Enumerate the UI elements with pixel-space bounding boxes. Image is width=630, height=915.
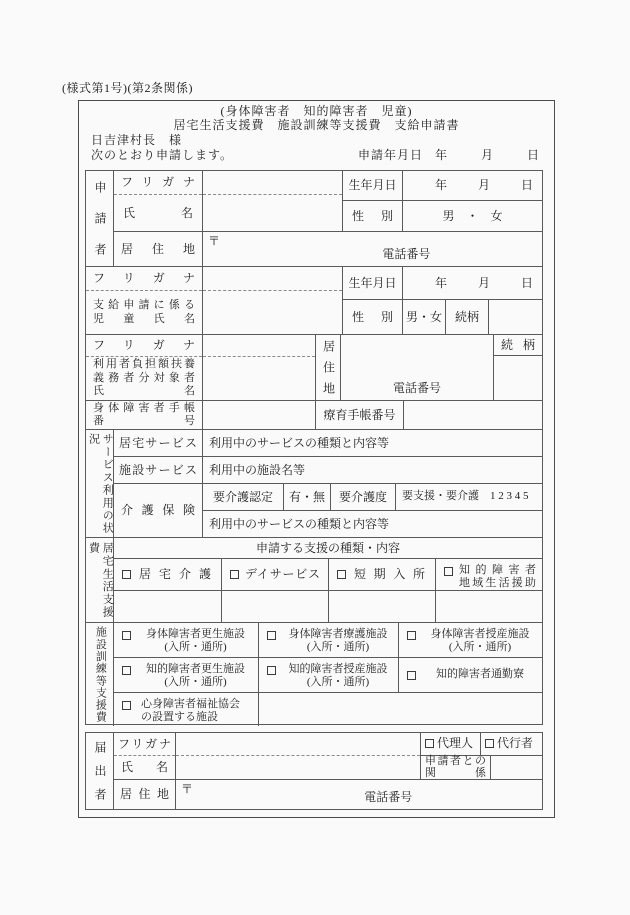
care-certification-options: 有・無: [284, 490, 330, 505]
notifier-block: 届出者 フリガナ 氏名: [86, 733, 542, 809]
intellectual-rehab-facility-label: 知的障害者更生施設 (入所・通所): [137, 663, 254, 689]
intro-text: 次のとおり申請します。: [91, 148, 233, 163]
checkbox-icon[interactable]: [485, 739, 494, 748]
notifier-table: 届出者 フリガナ 氏名: [85, 732, 543, 810]
intellectual-rehab-facility-option: 知的障害者更生施設 (入所・通所): [114, 658, 258, 692]
child-relation-field: [489, 300, 542, 334]
year-label: 年: [435, 148, 447, 163]
care-level-options: 要支援・要介護 1 2 3 4 5: [402, 490, 542, 504]
applicant-birthdate-label: 生年月日: [343, 178, 402, 193]
month-label: 月: [481, 148, 493, 163]
notifier-relation-field: [491, 756, 542, 779]
physical-workshop-facility-label: 身体障害者授産施設 (入所・通所): [422, 628, 538, 654]
short-stay-label: 短期入所: [352, 567, 431, 582]
physical-handbook-field: [203, 401, 316, 429]
care-certification-label: 要介護認定: [203, 490, 283, 505]
checkbox-icon[interactable]: [425, 739, 434, 748]
obligor-furigana-field: [203, 335, 315, 357]
obligor-block: フリガナ 利用者負担額扶養 義務者分対象者 氏名 居住地 電話番: [86, 334, 542, 400]
applicant-sex-field: 男 ・ 女: [403, 201, 542, 231]
notifier-furigana-label: フリガナ: [114, 737, 175, 752]
checkbox-icon[interactable]: [122, 631, 131, 640]
applicant-phone-label: 電話番号: [382, 247, 430, 262]
checkbox-icon[interactable]: [267, 666, 276, 675]
child-block: フリガナ 支給申請に係る 児童氏名 生年月日: [86, 266, 542, 334]
notifier-name-label: 氏名: [114, 760, 175, 775]
commuter-dormitory-option: 知的障害者通勤寮: [398, 658, 542, 692]
applicant-section-label: 申請者: [92, 171, 107, 266]
community-life-detail-field: [435, 591, 542, 622]
applicant-furigana-label-cell: フリガナ: [114, 171, 202, 195]
notifier-name-field: [176, 756, 420, 779]
care-service-hint: 利用中のサービスの種類と内容等: [209, 517, 542, 532]
home-care-detail-field: [114, 591, 221, 622]
obligor-phone-label: 電話番号: [393, 381, 441, 396]
document-page: (様式第1号)(第2条関係) (身体障害者 知的障害者 児童) 居宅生活支援費 …: [0, 0, 630, 915]
physical-nursing-facility-label: 身体障害者療護施設 (入所・通所): [282, 628, 394, 654]
commuter-dormitory-label: 知的障害者通勤寮: [422, 668, 538, 682]
home-service-label: 居宅サービス: [114, 436, 202, 451]
physical-handbook-label: 身体障害者手帳 番号: [86, 402, 202, 428]
applicant-furigana-field: [203, 171, 342, 195]
day-service-detail-field: [221, 591, 328, 622]
handbook-block: 身体障害者手帳 番号 療育手帳番号: [86, 400, 542, 429]
child-furigana-field: [203, 267, 342, 291]
home-support-block: 居宅生活支援費 申請する支援の種類・内容 居宅介護 デイサービス: [86, 537, 542, 622]
checkbox-icon[interactable]: [122, 570, 131, 579]
form-outer-border: (身体障害者 知的障害者 児童) 居宅生活支援費 施設訓練等支援費 支給申請書 …: [78, 100, 555, 818]
child-furigana-label: フリガナ: [86, 271, 202, 286]
child-birthdate-field: 年 月 日: [403, 267, 542, 299]
notifier-furigana-field: [176, 733, 420, 756]
physical-nursing-facility-option: 身体障害者療護施設 (入所・通所): [258, 623, 398, 657]
form-title: 居宅生活支援費 施設訓練等支援費 支給申請書: [79, 118, 554, 133]
notifier-address-label: 居住地: [114, 787, 175, 802]
community-life-option: 知的障害者 地域生活援助: [435, 559, 542, 590]
checkbox-icon[interactable]: [267, 631, 276, 640]
proxy-option: 代行者: [481, 733, 542, 755]
agent-option: 代理人: [421, 733, 481, 755]
day-label: 日: [527, 148, 539, 163]
postal-mark: 〒: [181, 782, 193, 797]
welfare-association-facility-label: 心身障害者福祉協会 の設置する施設: [137, 698, 254, 724]
form-number-note: (様式第1号)(第2条関係): [62, 81, 193, 96]
physical-workshop-facility-option: 身体障害者授産施設 (入所・通所): [398, 623, 542, 657]
home-care-option: 居宅介護: [114, 559, 221, 590]
notifier-phone-label: 電話番号: [364, 790, 412, 805]
notifier-relation-label: 申請者との 関係: [421, 755, 490, 779]
child-name-field: [203, 291, 342, 334]
checkbox-icon[interactable]: [337, 570, 346, 579]
home-service-field: 利用中のサービスの種類と内容等: [203, 430, 542, 457]
checkbox-icon[interactable]: [407, 631, 416, 640]
care-insurance-label: 介護保険: [114, 503, 202, 518]
service-usage-block: サービス利用の状況 居宅サービス 施設サービス 介護保険 利用中のサービスの種: [86, 429, 542, 537]
home-service-hint: 利用中のサービスの種類と内容等: [209, 436, 542, 451]
applicant-name-field: [203, 195, 342, 231]
postal-mark: 〒: [208, 234, 220, 249]
applicant-furigana-label: フリガナ: [114, 175, 202, 190]
applicant-name-label: 氏名: [114, 206, 202, 221]
facility-service-label: 施設サービス: [114, 463, 202, 478]
day-service-label: デイサービス: [245, 567, 324, 582]
obligor-furigana-label: フリガナ: [86, 338, 202, 353]
day-label: 日: [521, 178, 533, 193]
day-service-option: デイサービス: [221, 559, 328, 590]
checkbox-icon[interactable]: [444, 567, 453, 576]
facility-support-section-label: 施設訓練等支援費: [93, 623, 107, 726]
obligor-relation-label: 続柄: [494, 338, 542, 353]
proxy-label: 代行者: [497, 736, 533, 751]
checkbox-icon[interactable]: [122, 701, 131, 710]
child-sex-label: 性別: [343, 310, 402, 325]
rehab-handbook-field: [404, 401, 542, 429]
home-care-label: 居宅介護: [137, 567, 217, 582]
applicant-address-label: 居住地: [114, 242, 202, 257]
agent-label: 代理人: [437, 736, 473, 751]
care-level-label: 要介護度: [331, 490, 395, 505]
applicant-block: 申請者 フリガナ 氏名: [86, 171, 542, 266]
facility-service-hint: 利用中の施設名等: [209, 463, 542, 478]
community-life-label: 知的障害者 地域生活援助: [459, 564, 538, 590]
checkbox-icon[interactable]: [230, 570, 239, 579]
applicant-birthdate-field: 年 月 日: [403, 171, 542, 200]
year-label: 年: [435, 276, 447, 291]
child-relation-label: 続柄: [446, 310, 488, 325]
obligor-address-label: 居住地: [321, 335, 336, 400]
application-date-value: 年 月 日: [435, 148, 539, 163]
month-label: 月: [478, 276, 490, 291]
child-birthdate-label: 生年月日: [343, 276, 402, 291]
notifier-section-label: 届出者: [92, 733, 107, 809]
intellectual-workshop-facility-option: 知的障害者授産施設 (入所・通所): [258, 658, 398, 692]
home-support-section-label: 居宅生活支援費: [86, 538, 114, 622]
care-service-field: 利用中のサービスの種類と内容等: [203, 511, 542, 537]
welfare-association-facility-option: 心身障害者福祉協会 の設置する施設: [114, 693, 258, 726]
facility-support-blank-field: [258, 693, 542, 726]
checkbox-icon[interactable]: [407, 671, 416, 680]
checkbox-icon[interactable]: [122, 666, 131, 675]
service-section-label: サービス利用の状況: [86, 430, 114, 537]
obligor-relation-field: [494, 356, 542, 400]
intellectual-workshop-facility-label: 知的障害者授産施設 (入所・通所): [282, 663, 394, 689]
facility-support-block: 施設訓練等支援費 身体障害者更生施設 (入所・通所) 身体障害者療護施設 (入所…: [86, 622, 542, 726]
applicant-name-label-cell: 氏名: [114, 195, 202, 231]
rehab-handbook-label: 療育手帳番号: [316, 408, 403, 423]
child-name-label: 支給申請に係る 児童氏名: [86, 299, 202, 327]
child-sex-options: 男・女: [403, 310, 445, 325]
applicant-address-field: 〒 電話番号: [203, 232, 542, 266]
form-subtitle: (身体障害者 知的障害者 児童): [79, 104, 554, 119]
application-date-label: 申請年月日: [358, 148, 423, 163]
support-type-header: 申請する支援の種類・内容: [114, 541, 542, 556]
notifier-address-field: 〒 電話番号: [176, 780, 542, 809]
applicant-sex-options: 男 ・ 女: [403, 209, 542, 224]
month-label: 月: [478, 178, 490, 193]
main-form-table: 申請者 フリガナ 氏名: [85, 170, 543, 725]
physical-rehab-facility-option: 身体障害者更生施設 (入所・通所): [114, 623, 258, 657]
short-stay-option: 短期入所: [328, 559, 435, 590]
obligor-address-field: 電話番号: [341, 335, 494, 400]
physical-rehab-facility-label: 身体障害者更生施設 (入所・通所): [137, 628, 254, 654]
applicant-sex-label: 性別: [343, 209, 402, 224]
day-label: 日: [521, 276, 533, 291]
obligor-name-label: 利用者負担額扶養 義務者分対象者 氏名: [86, 358, 202, 399]
facility-service-field: 利用中の施設名等: [203, 457, 542, 484]
obligor-name-field: [203, 357, 315, 400]
year-label: 年: [435, 178, 447, 193]
addressee: 日吉津村長 様: [91, 133, 182, 148]
short-stay-detail-field: [328, 591, 435, 622]
